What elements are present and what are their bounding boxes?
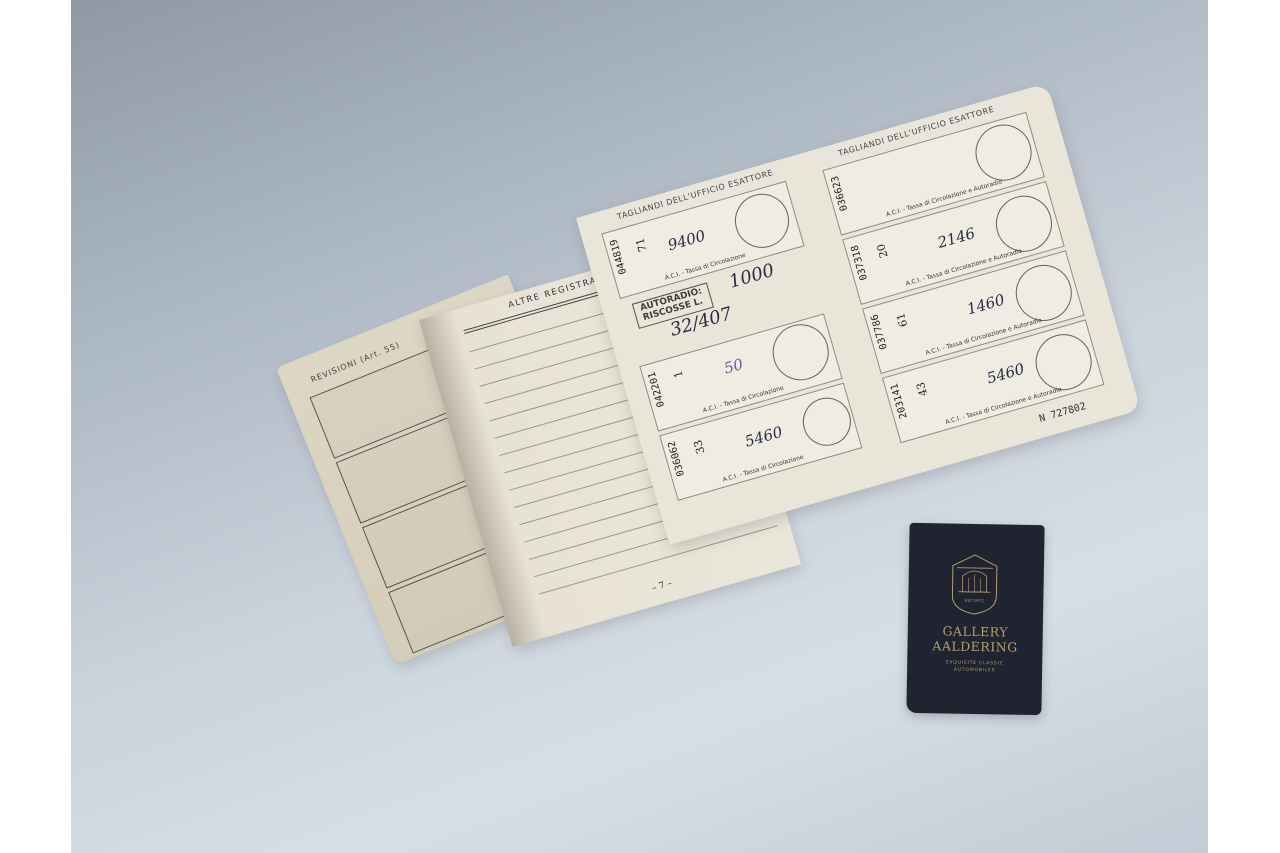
page-number: – 7 – xyxy=(651,579,673,594)
coupon-bolletta: 33 xyxy=(691,438,707,455)
tagline-line2: AUTOMOBILES xyxy=(907,667,1042,674)
handwritten-note: 2146 xyxy=(935,224,977,252)
coupon-serial: 036062 xyxy=(666,440,687,478)
coupon-bolletta: 61 xyxy=(894,312,910,329)
coupon-bolletta: 1 xyxy=(671,369,685,379)
coupon-serial: 037786 xyxy=(869,313,890,351)
postmark-stamp xyxy=(969,118,1038,187)
postmark-stamp xyxy=(989,189,1058,258)
coupon-serial: 037318 xyxy=(850,244,871,282)
handwritten-note: 5460 xyxy=(743,423,785,451)
handwritten-note: 5460 xyxy=(985,360,1027,388)
coupon-bolletta: 20 xyxy=(874,242,890,259)
handwritten-note: 9400 xyxy=(666,226,708,254)
crest-text: EST 1972 xyxy=(965,598,985,603)
coupon-serial: 042201 xyxy=(647,371,668,409)
postmark-stamp xyxy=(1009,258,1078,327)
coupon-bolletta: 71 xyxy=(633,236,649,253)
tagliandi-page: TAGLIANDI DELL'UFFICIO ESATTORE TAGLIAND… xyxy=(576,83,1141,545)
handwritten-note: 50 xyxy=(722,355,745,378)
coupon-serial: 036623 xyxy=(830,174,851,212)
photograph: REVISIONI (Art. 55) ALTRE REGISTRAZIONI xyxy=(71,0,1208,853)
tagline-line1: EXQUISITE CLASSIC xyxy=(907,660,1042,667)
document-number: N 727802 xyxy=(1038,401,1087,425)
postmark-stamp xyxy=(797,392,856,451)
postmark-stamp xyxy=(1029,328,1098,397)
coupon-caption: A.C.I. - Tassa di Circolazione xyxy=(722,454,804,484)
postmark-stamp xyxy=(729,187,796,254)
gallery-aaldering-card: EST 1972 GALLERY AALDERING EXQUISITE CLA… xyxy=(906,523,1044,715)
coupon-serial: 044819 xyxy=(609,238,630,276)
coupon-serial: 203141 xyxy=(889,382,910,420)
building-crest-icon: EST 1972 xyxy=(948,552,1001,617)
brand-name-line2: AALDERING xyxy=(907,638,1042,655)
handwritten-note: 1460 xyxy=(965,290,1007,318)
coupon-bolletta: 43 xyxy=(914,381,930,398)
registration-booklet: REVISIONI (Art. 55) ALTRE REGISTRAZIONI xyxy=(71,0,1208,853)
postmark-stamp xyxy=(766,318,835,387)
tax-coupon: 044819 71 9400 A.C.I. - Tassa di Circola… xyxy=(601,181,804,299)
